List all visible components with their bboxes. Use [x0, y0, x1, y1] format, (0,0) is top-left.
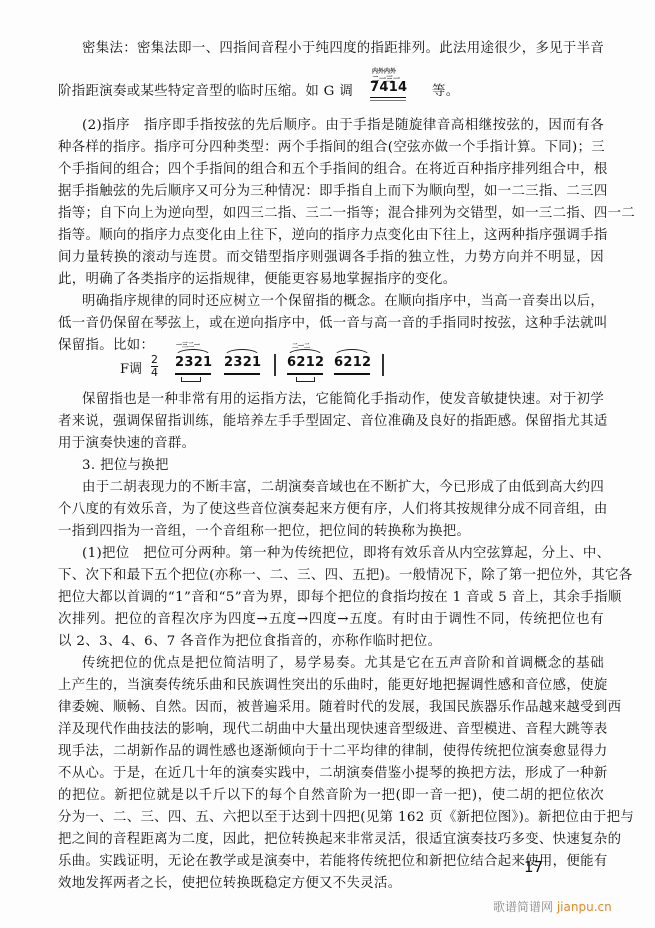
text-line: 把位大都以首调的“1”音和“5”音为界，即每个把位的食指均按在 1 音或 5 音… [58, 589, 604, 607]
text-line: 一指到四指为一音组，一个音组称一把位，把位间的转换称为换把。 [58, 523, 604, 541]
notes: 2321 [175, 355, 212, 370]
underline [334, 373, 370, 375]
text-line: 个八度的有效乐音，为了使这些音位演奏起来方便有序，人们将其按规律分成不同音组，由 [58, 501, 604, 519]
notes: 6212 [287, 355, 324, 370]
text-line: (2)指序 指序即手指按弦的先后顺序。由于手指是随旋律音高相继按弦的，因而有各 [82, 117, 604, 135]
text-line: 分为一、二、三、四、五、六把以至于达到十四把(见第 162 页《新把位图》)。新… [58, 809, 604, 827]
text-line: 洋及现代作曲技法的影响，现代二胡曲中大量出现快速音型级进、音型模进、音程大跳等表 [58, 721, 604, 739]
section-heading: 3. 把位与换把 [82, 457, 604, 475]
underline [370, 100, 406, 101]
text-line: 者来说，强调保留指训练，能培养左手手型固定、音位准确及良好的指距感。保留指尤其适 [58, 413, 604, 431]
text-line: 密集法：密集法即一、四指间音程小于纯四度的指距排列。此法用途很少，多见于半音 [82, 40, 604, 58]
page-number: 17 [524, 858, 543, 876]
time-signature-top: 2 [151, 353, 158, 366]
g-key-notation-example: 内外内外 二一三一 7414 [370, 66, 414, 106]
text-line: 的把位。新把位就是以千斤以下的每个自然音阶为一把(即一音一把)，使二胡的把位依次 [58, 787, 604, 805]
time-signature-bottom: 4 [151, 366, 158, 379]
text-line: 阶指距演奏或某些特定音型的临时压缩。如 G 调 [58, 83, 358, 101]
text-line: 律委婉、顺畅、自然。因而，被普遍采用。随着时代的发展，我国民族器乐作品越来越受到… [58, 699, 604, 717]
f-key-notation-example: F调 2 4 一三二一 2321 2321 二一二 6212 6212 [120, 340, 380, 388]
text-line: 由于二胡表现力的不断丰富，二胡演奏音域也在不断扩大，今已形成了由低到高大约四 [82, 479, 604, 497]
text-line: 明确指序规律的同时还应树立一个保留指的概念。在顺向指序中，当高一音奏出以后， [82, 293, 604, 311]
underline [370, 97, 406, 98]
underline [175, 373, 211, 375]
barline [274, 354, 276, 376]
text-line: 乐曲。实践证明，无论在教学或是演奏中，若能将传统把位和新把位结合起来使用，便能有 [58, 853, 604, 871]
barline [382, 354, 384, 376]
notes: 6212 [334, 355, 371, 370]
text-line: 据手指触弦的先后顺序又可分为三种情况：即手指自上而下为顺向型，如一二三指、二三四 [58, 183, 604, 201]
underline [287, 373, 323, 375]
text-line: 以 2、3、4、6、7 各音作为把位食指音的，亦称作临时把位。 [58, 633, 604, 651]
text-line: 现手法，二胡新作品的调性感也逐渐倾向于十二平均律的律制，使得传统把位演奏愈显得力 [58, 743, 604, 761]
text-line: 效地发挥两者之长，使把位转换既稳定方便又不失灵活。 [58, 875, 604, 893]
book-page: 密集法：密集法即一、四指间音程小于纯四度的指距排列。此法用途很少，多见于半音 阶… [0, 0, 655, 928]
text-line: (1)把位 把位可分两种。第一种为传统把位，即将有效乐音从内空弦算起，分上、中、 [82, 545, 604, 563]
watermark: 歌谱简谱网 jianpu.cn [493, 898, 612, 915]
finger-marks: 一三二一 [176, 340, 200, 349]
watermark-url: jianpu.cn [557, 900, 612, 914]
text-line: 此，明确了各类指序的运指规律，便能更容易地掌握指序的变化。 [58, 271, 604, 289]
watermark-cn: 歌谱简谱网 [493, 900, 553, 914]
text-line: 等。 [432, 83, 472, 101]
hold-bracket [296, 377, 315, 382]
text-line: 下、次下和最下五个把位(亦称一、二、三、四、五把)。一般情况下，除了第一把位外，… [58, 567, 604, 585]
text-line: 间力量转换的滚动与连贯。而交错型指序则强调各手指的独立性，力势方向并不明显，因 [58, 249, 604, 267]
text-line: 不从心。于是，在近几十年的演奏实践中，二胡演奏借鉴小提琴的换把方法，形成了一种新 [58, 765, 604, 783]
text-line: 种各样的指序。指序可分四种类型：两个手指间的组合(空弦亦做一个手指计算。下同)；… [58, 139, 604, 157]
text-line: 上产生的，当演奏传统乐曲和民族调性突出的乐曲时，能更好地把握调性感和音位感，使旋 [58, 677, 604, 695]
key-label: F调 [120, 358, 142, 377]
text-line: 次排列。把位的音程次序为四度→五度→四度→五度。有时由于调性不同，传统把位也有 [58, 611, 604, 629]
notes: 7414 [370, 80, 407, 95]
text-line: 个手指间的组合；四个手指间的组合和五个手指间的组合。在将近百种指序排列组合中，根 [58, 161, 604, 179]
hold-bracket [181, 377, 201, 382]
text-line: 保留指也是一种非常有用的运指方法，它能简化手指动作，使发音敏捷快速。对于初学 [82, 391, 604, 409]
text-line: 把之间的音程距离为二度，因此，把位转换起来非常灵活，很适宜演奏技巧多变、快速复杂… [58, 831, 604, 849]
text-line: 指等。顺向的指序力点变化由上往下，逆向的指序力点变化由下往上，这两种指序强调手指 [58, 227, 604, 245]
text-line: 指等；自下向上为逆向型，如四三二指、三二一指等；混合排列为交错型，如一三二指、四… [58, 205, 604, 223]
notes: 2321 [224, 355, 261, 370]
text-line: 用于演奏快速的音群。 [58, 435, 604, 453]
text-line: 传统把位的优点是把位简洁明了，易学易奏。尤其是它在五声音阶和首调概念的基础 [82, 655, 604, 673]
text-line: 低一音仍保留在琴弦上，或在逆向指序中，低一音与高一音的手指同时按弦，这种手法就叫 [58, 315, 604, 333]
underline [224, 373, 260, 375]
